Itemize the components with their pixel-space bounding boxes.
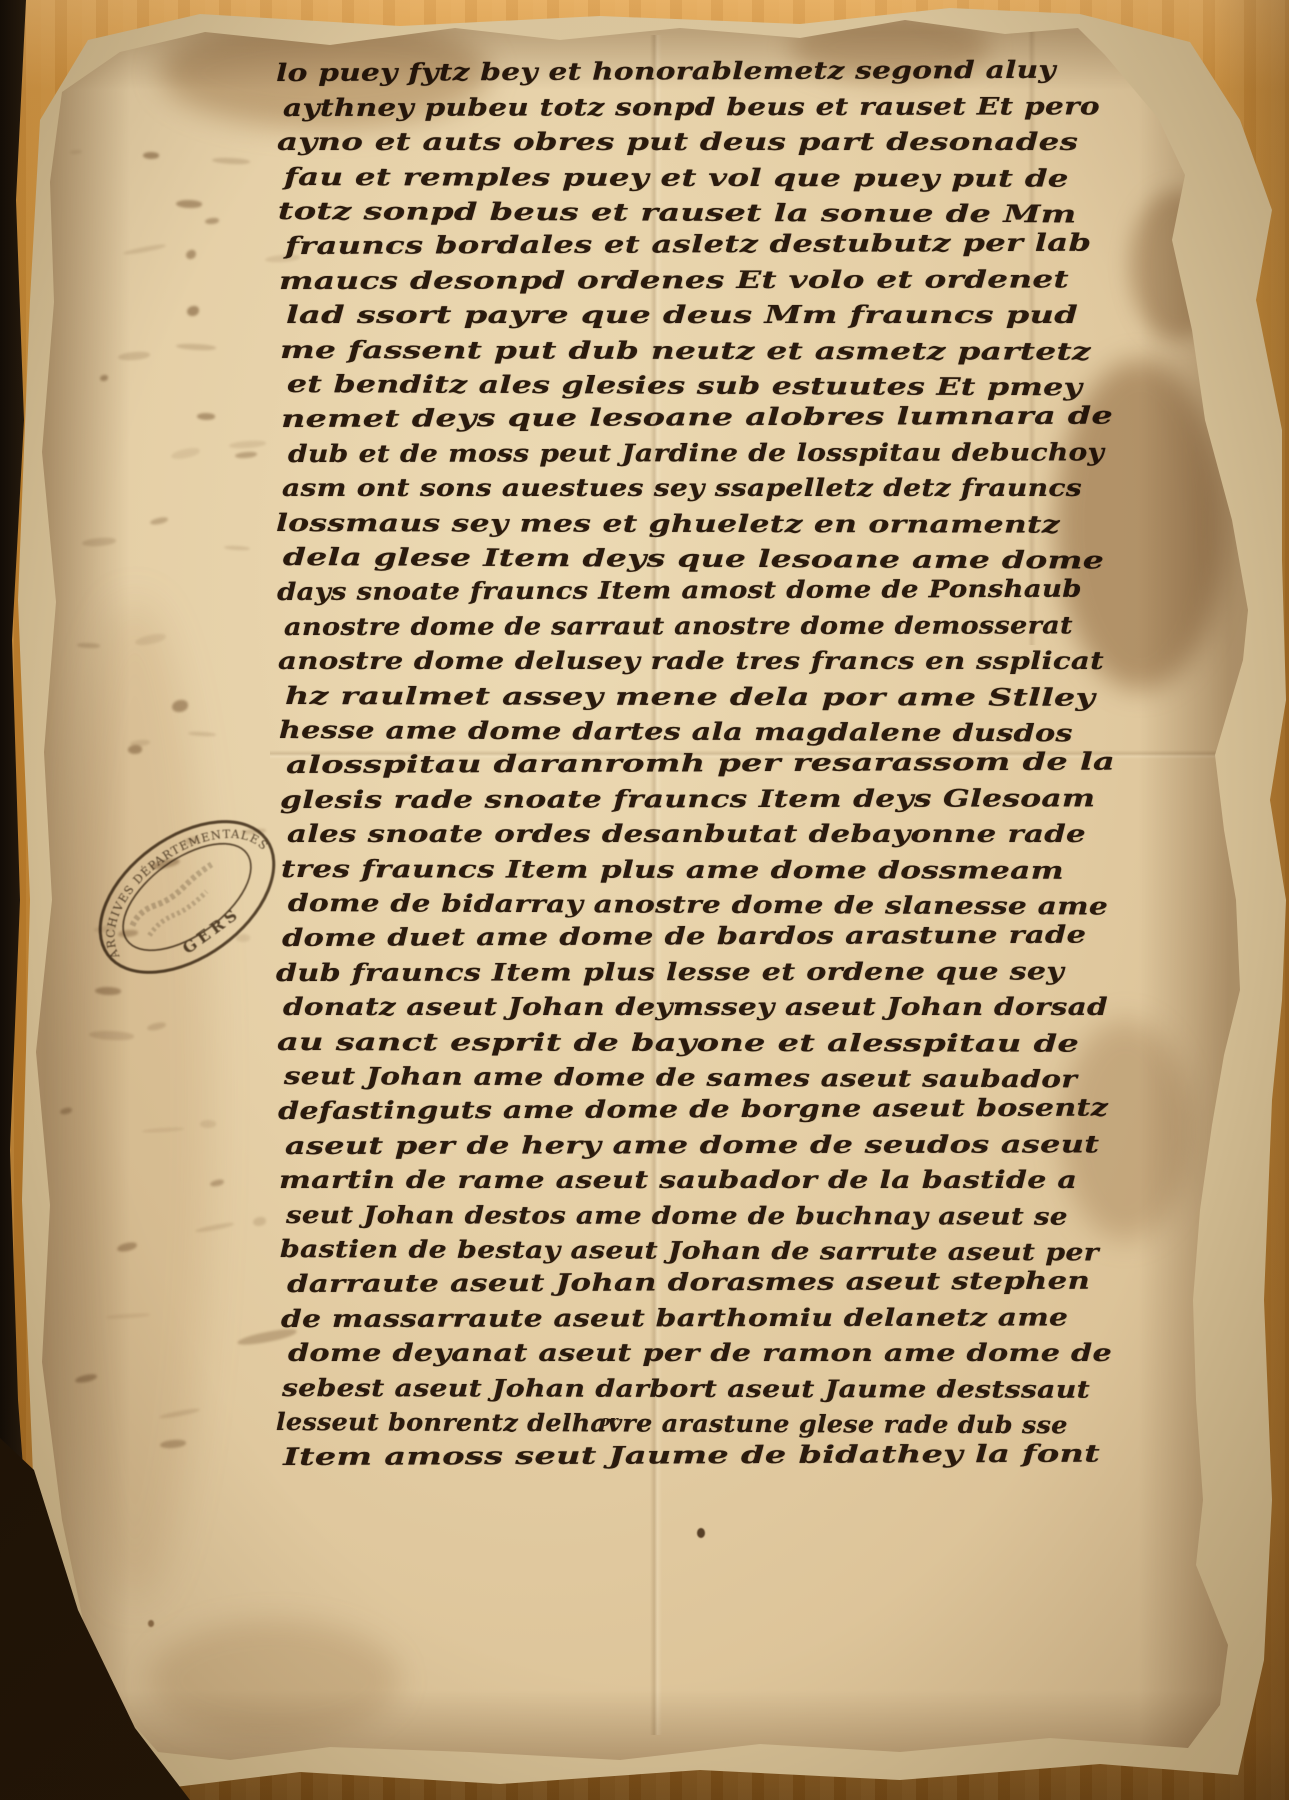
manuscript-line: dub et de moss peut Jardine de losspitau… <box>288 437 1104 468</box>
manuscript-line: hesse ame dome dartes ala magdalene dusd… <box>279 715 1073 747</box>
manuscript-line: glesis rade snoate frauncs Item deys Gle… <box>280 783 1095 814</box>
manuscript-line: maucs desonpd ordenes Et volo et ordenet <box>279 264 1069 295</box>
manuscript-line: dub frauncs Item plus lesse et ordene qu… <box>276 956 1064 987</box>
manuscript-line: frauncs bordales et asletz destubutz per… <box>285 228 1091 260</box>
manuscript-line: dela glese Item deys que lesoane ame dom… <box>283 542 1104 574</box>
manuscript-line: darraute aseut Johan dorasmes aseut step… <box>287 1266 1090 1298</box>
manuscript-line: fau et remples puey et vol que puey put … <box>284 162 1069 193</box>
manuscript-line: dome duet ame dome de bardos arastune ra… <box>282 920 1086 952</box>
interline-addition: or <box>600 1412 618 1430</box>
manuscript-line: tres frauncs Item plus ame dome dossmeam <box>281 854 1064 885</box>
manuscript-line: days snoate frauncs Item amost dome de P… <box>277 574 1082 606</box>
manuscript-line: Item amoss seut Jaume de bidathey la fon… <box>283 1439 1100 1471</box>
manuscript-line: anostre dome delusey rade tres francs en… <box>278 646 1104 675</box>
manuscript-line: aseut per de hery ame dome de seudos ase… <box>285 1129 1099 1160</box>
manuscript-line: lad ssort payre que deus Mm frauncs pud <box>286 300 1078 329</box>
manuscript-line: ayno et auts obres put deus part desonad… <box>277 127 1078 156</box>
manuscript-line: ales snoate ordes desanbutat debayonne r… <box>287 819 1086 848</box>
manuscript-line: aythney pubeu totz sonpd beus et rauset … <box>283 91 1100 122</box>
manuscript-line: seut Johan ame dome de sames aseut sauba… <box>284 1061 1077 1093</box>
manuscript-line: defastinguts ame dome de borgne aseut bo… <box>278 1093 1108 1125</box>
manuscript-line: martin de rame aseut saubador de la bast… <box>279 1165 1077 1194</box>
manuscript-line: asm ont sons auestues sey ssapelletz det… <box>282 473 1082 502</box>
manuscript-line: dome de bidarray anostre dome de slaness… <box>288 888 1108 920</box>
manuscript-line: lossmaus sey mes et ghueletz en ornament… <box>276 508 1060 539</box>
manuscript-line: sebest aseut Johan darbort aseut Jaume d… <box>282 1373 1090 1404</box>
manuscript-line: lo puey fytz bey et honorablemetz segond… <box>276 55 1056 87</box>
stamp-gers-text: GERS <box>179 903 244 958</box>
manuscript-line: me fassent put dub neutz et asmetz parte… <box>280 335 1091 366</box>
manuscript-line: alosspitau daranromh per resarassom de l… <box>286 747 1115 779</box>
manuscript-line: lesseut bonrentz delhavre arastune glese… <box>276 1407 1068 1439</box>
manuscript-line: au sanct esprit de bayone et alesspitau … <box>277 1027 1079 1058</box>
manuscript-line: anostre dome de sarraut anostre dome dem… <box>284 610 1073 641</box>
manuscript-line: seut Johan destos ame dome de buchnay as… <box>286 1200 1068 1231</box>
manuscript-line: totz sonpd beus et rauset la sonue de Mm <box>278 196 1077 228</box>
manuscript-line: hz raulmet assey mene dela por ame Stlle… <box>285 681 1095 712</box>
manuscript-line: dome deyanat aseut per de ramon ame dome… <box>288 1338 1112 1367</box>
manuscript-page: lo puey fytz bey et honorablemetz segond… <box>0 0 1289 1800</box>
manuscript-line: nemet deys que lesoane alobres lumnara d… <box>281 401 1113 433</box>
manuscript-line: de massarraute aseut barthomiu delanetz … <box>281 1302 1068 1333</box>
manuscript-line: donatz aseut Johan deymssey aseut Johan … <box>283 992 1108 1021</box>
manuscript-line: et benditz ales glesies sub estuutes Et … <box>287 369 1082 401</box>
manuscript-line: bastien de bestay aseut Johan de sarrute… <box>280 1234 1099 1266</box>
